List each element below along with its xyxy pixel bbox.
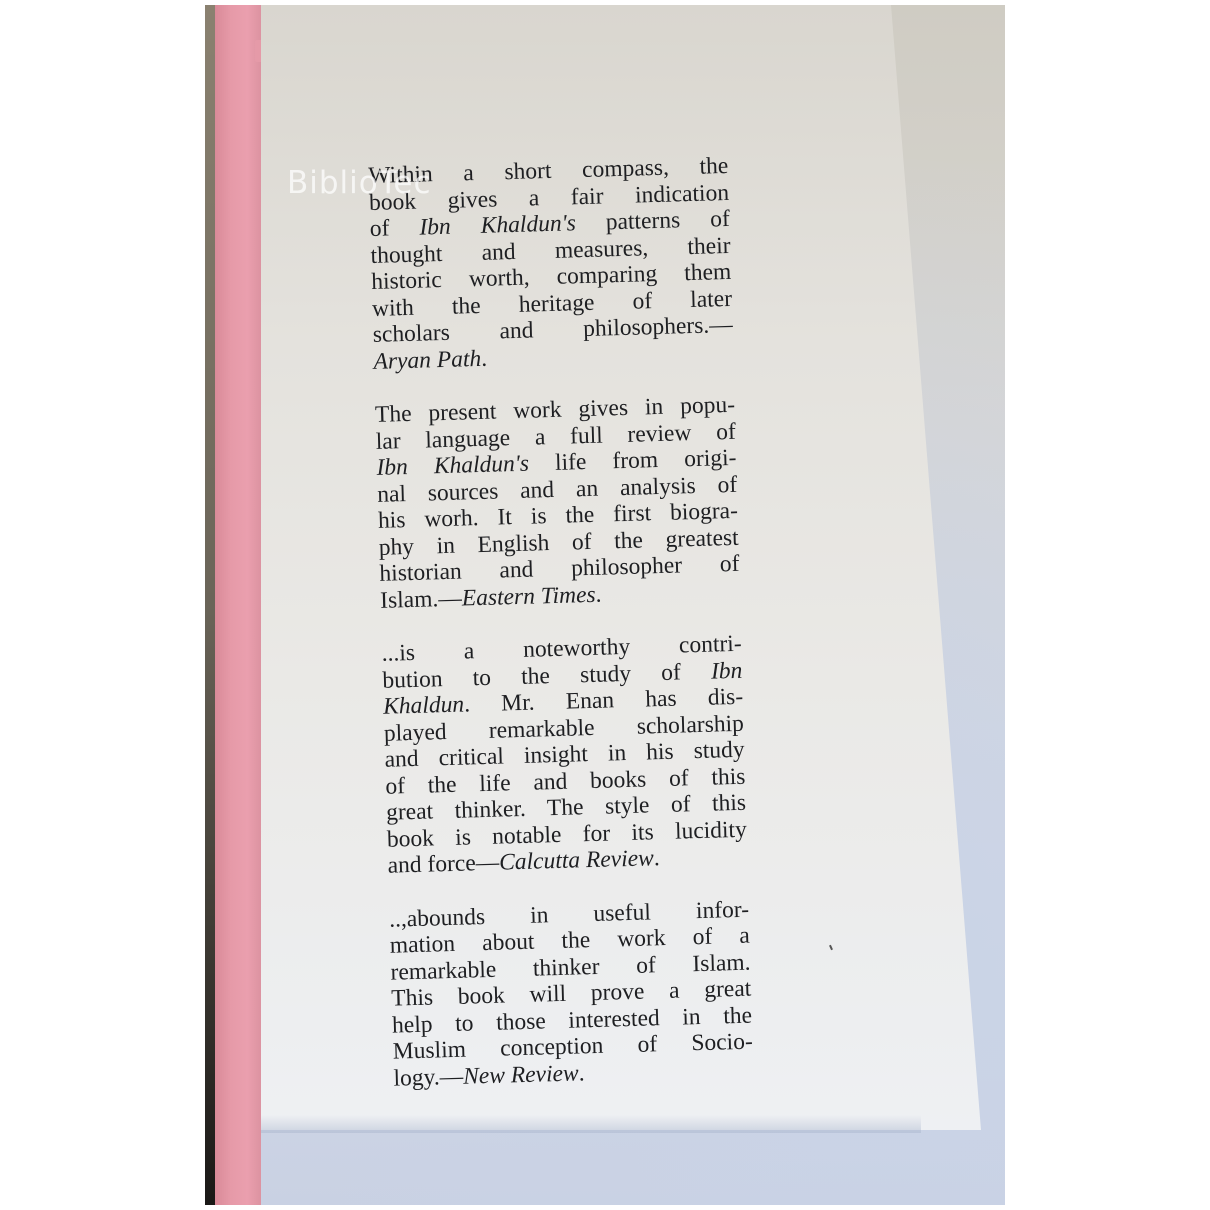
reviews-column: Within a short compass, thebook gives a … (368, 153, 755, 1119)
review-quote: ..,abounds in useful infor-mation about … (389, 896, 754, 1091)
review-quote: The present work gives in popu-lar langu… (375, 392, 741, 614)
review-quote: Within a short compass, thebook gives a … (368, 153, 734, 375)
review-quote: ...is a noteworthy contri-bution to the … (381, 631, 748, 879)
flap-edge-shadow (261, 1115, 921, 1133)
pink-spine (215, 5, 261, 1205)
book-flap-photo: Within a short compass, thebook gives a … (205, 5, 1005, 1205)
